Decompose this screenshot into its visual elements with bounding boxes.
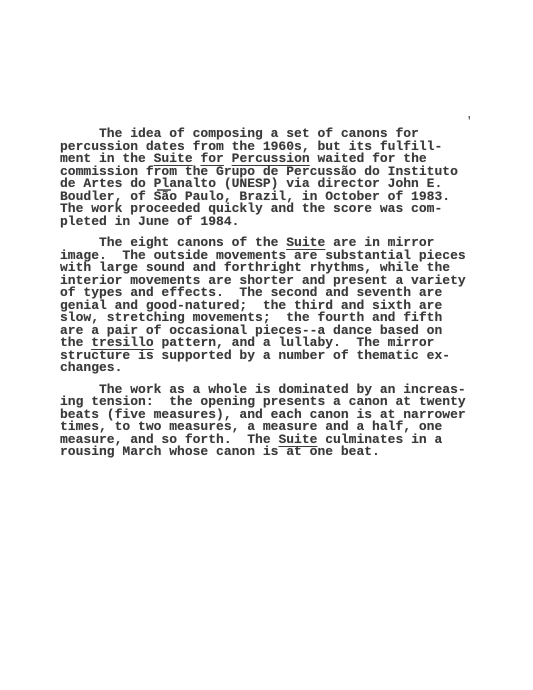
paragraph: The work as a whole is dominated by an i… [60, 384, 500, 459]
text-segment: changes. [60, 360, 122, 375]
stray-pen-mark: ' [466, 116, 473, 128]
text-line: changes. [60, 362, 500, 375]
typewritten-page: The idea of composing a set of canons fo… [0, 0, 533, 690]
stray-typo-mark [157, 189, 171, 191]
text-line: pleted in June of 1984. [60, 216, 500, 229]
text-segment: pleted in June of 1984. [60, 214, 239, 229]
text-line: structure is supported by a number of th… [60, 350, 500, 363]
text-segment: rousing March whose canon is at one beat… [60, 444, 380, 459]
document-text: The idea of composing a set of canons fo… [60, 128, 500, 468]
paragraph: The eight canons of the Suite are in mir… [60, 237, 500, 375]
paragraph: The idea of composing a set of canons fo… [60, 128, 500, 228]
text-line: rousing March whose canon is at one beat… [60, 446, 500, 459]
